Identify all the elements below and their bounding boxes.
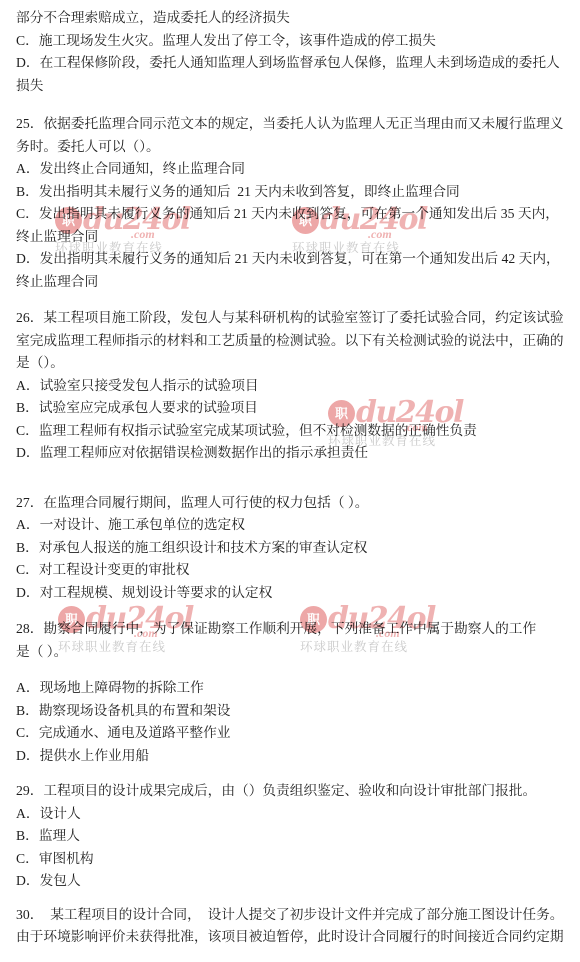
question-30: 30． 某工程项目的设计合同， 设计人提交了初步设计文件并完成了部分施工图设计任…	[16, 904, 568, 949]
option-line-b: B．试验室应完成承包人要求的试验项目	[16, 397, 568, 420]
question-stem: 27．在监理合同履行期间，监理人可行使的权力包括（ ）。	[16, 492, 568, 515]
option-line-b: B．勘察现场设备机具的布置和架设	[16, 700, 568, 723]
option-line-d: D．发出指明其未履行义务的通知后 21 天内未收到答复，可在第一个通知发出后 4…	[16, 248, 568, 293]
option-line-d: D．发包人	[16, 870, 568, 893]
exam-page: 部分不合理索赔成立，造成委托人的经济损失 C．施工现场发生火灾。监理人发出了停工…	[0, 0, 580, 962]
option-line-c: C．施工现场发生火灾。监理人发出了停工令，该事件造成的停工损失	[16, 30, 568, 53]
question-25: 25．依据委托监理合同示范文本的规定，当委托人认为监理人无正当理由而又未履行监理…	[16, 113, 568, 293]
option-line-d: D．在工程保修阶段，委托人通知监理人到场监督承包人保修，监理人未到场造成的委托人…	[16, 52, 568, 97]
option-line-b: B．监理人	[16, 825, 568, 848]
question-stem: 26．某工程项目施工阶段，发包人与某科研机构的试验室签订了委托试验合同，约定该试…	[16, 307, 568, 375]
option-line-c: C．监理工程师有权指示试验室完成某项试验，但不对检测数据的正确性负责	[16, 420, 568, 443]
option-line-a: A．现场地上障碍物的拆除工作	[16, 677, 568, 700]
option-line-d: D．监理工程师应对依据错误检测数据作出的指示承担责任	[16, 442, 568, 465]
option-line-a: A．一对设计、施工承包单位的选定权	[16, 514, 568, 537]
question-28-options: A．现场地上障碍物的拆除工作 B．勘察现场设备机具的布置和架设 C．完成通水、通…	[16, 677, 568, 767]
question-27: 27．在监理合同履行期间，监理人可行使的权力包括（ ）。 A．一对设计、施工承包…	[16, 492, 568, 605]
option-line-a: A．发出终止合同通知，终止监理合同	[16, 158, 568, 181]
option-line-c: C．审图机构	[16, 848, 568, 871]
question-stem: 25．依据委托监理合同示范文本的规定，当委托人认为监理人无正当理由而又未履行监理…	[16, 113, 568, 158]
option-line-c: C．发出指明其未履行义务的通知后 21 天内未收到答复，可在第一个通知发出后 3…	[16, 203, 568, 248]
option-line-c: C．对工程设计变更的审批权	[16, 559, 568, 582]
option-line-c: C．完成通水、通电及道路平整作业	[16, 722, 568, 745]
option-line-a: A．设计人	[16, 803, 568, 826]
fragment-line: 部分不合理索赔成立，造成委托人的经济损失	[16, 7, 568, 30]
question-stem: 29．工程项目的设计成果完成后，由（）负责组织鉴定、验收和向设计审批部门报批。	[16, 780, 568, 803]
question-stem: 28．勘察合同履行中，为了保证勘察工作顺利开展，下列准备工作中属于勘察人的工作 …	[16, 618, 568, 663]
question-26: 26．某工程项目施工阶段，发包人与某科研机构的试验室签订了委托试验合同，约定该试…	[16, 307, 568, 465]
option-line-d: D．对工程规模、规划设计等要求的认定权	[16, 582, 568, 605]
question-28: 28．勘察合同履行中，为了保证勘察工作顺利开展，下列准备工作中属于勘察人的工作 …	[16, 618, 568, 767]
question-24-fragment: 部分不合理索赔成立，造成委托人的经济损失 C．施工现场发生火灾。监理人发出了停工…	[16, 7, 568, 97]
question-stem: 30． 某工程项目的设计合同， 设计人提交了初步设计文件并完成了部分施工图设计任…	[16, 904, 568, 949]
option-line-d: D．提供水上作业用船	[16, 745, 568, 768]
option-line-b: B．对承包人报送的施工组织设计和技术方案的审查认定权	[16, 537, 568, 560]
question-29: 29．工程项目的设计成果完成后，由（）负责组织鉴定、验收和向设计审批部门报批。 …	[16, 780, 568, 893]
option-line-b: B．发出指明其未履行义务的通知后 21 天内未收到答复，即终止监理合同	[16, 181, 568, 204]
option-line-a: A．试验室只接受发包人指示的试验项目	[16, 375, 568, 398]
